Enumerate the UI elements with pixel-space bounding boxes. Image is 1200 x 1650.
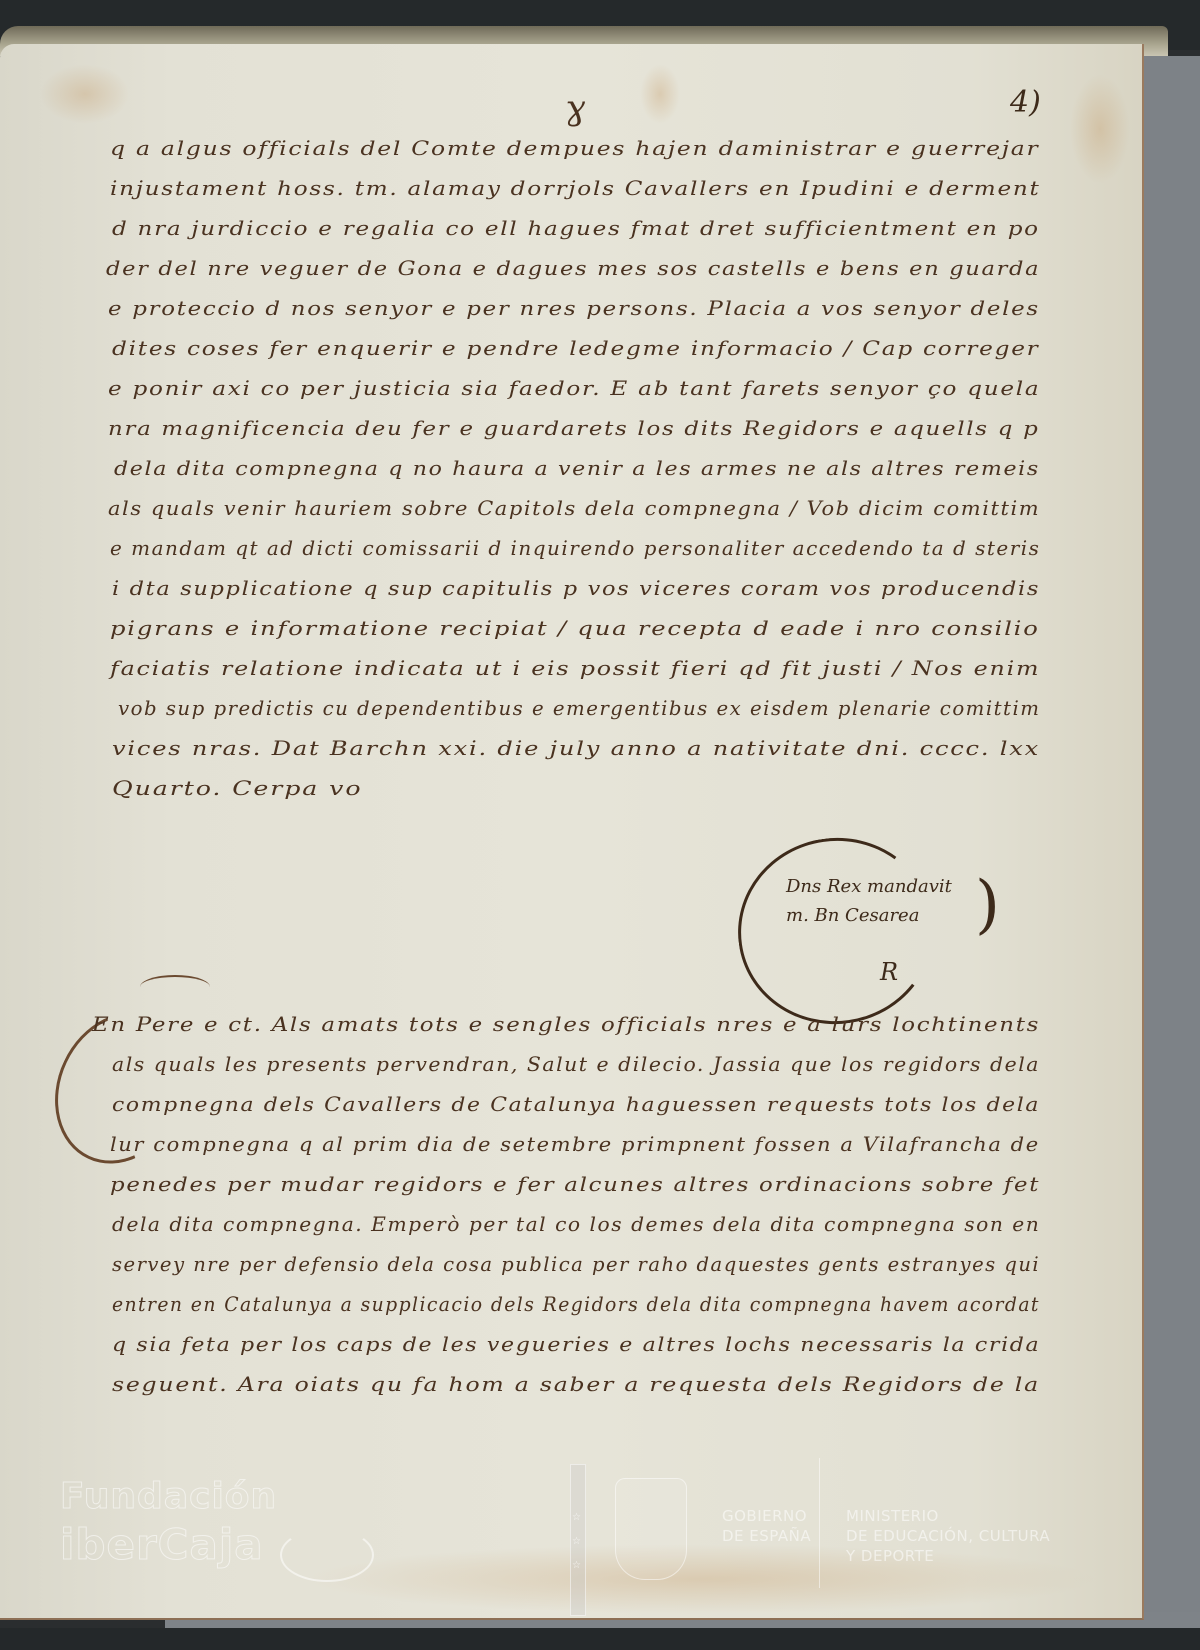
manuscript-line: e proteccio d nos senyor e per nres pers… <box>108 296 1040 320</box>
watermark-ibercaja: iberCaja <box>60 1520 264 1569</box>
coat-of-arms-icon <box>615 1478 687 1580</box>
star-icon: ☆ <box>572 1512 581 1523</box>
manuscript-line: q sia feta per los caps de les vegueries… <box>112 1332 1040 1356</box>
watermark-gobierno-line-2: DE ESPAÑA <box>722 1526 811 1546</box>
folio-number: 4) <box>1010 85 1041 120</box>
manuscript-line: der del nre veguer de Gona e dagues mes … <box>106 256 1040 280</box>
manuscript-line: Quarto. Cerpa vo <box>112 776 362 800</box>
manuscript-line: vices nras. Dat Barchn xxi. die july ann… <box>112 736 1040 760</box>
watermark-ministerio-line-2: DE EDUCACIÓN, CULTURA <box>846 1526 1050 1546</box>
watermark-ministerio-line-3: Y DEPORTE <box>846 1546 934 1566</box>
star-icon: ☆ <box>572 1536 581 1547</box>
manuscript-line: dela dita compnegna q no haura a venir a… <box>114 456 1040 480</box>
foxing-stain <box>640 64 680 124</box>
watermark-ministerio-line-1: MINISTERIO <box>846 1506 939 1526</box>
watermark-gobierno-line-1: GOBIERNO <box>722 1506 807 1526</box>
manuscript-line: lur compnegna q al prim dia de setembre … <box>110 1132 1040 1156</box>
initial-flourish <box>140 975 210 999</box>
manuscript-line: q a algus officials del Comte dempues ha… <box>110 136 1039 160</box>
signature-line-1: Dns Rex mandavit <box>786 876 952 897</box>
manuscript-line: i dta supplicatione q sup capitulis p vo… <box>112 576 1040 600</box>
manuscript-line: injustament hoss. tm. alamay dorrjols Ca… <box>110 176 1040 200</box>
manuscript-line: vob sup predictis cu dependentibus e eme… <box>118 696 1040 720</box>
star-icon: ☆ <box>572 1560 581 1571</box>
watermark-fundacion: Fundación <box>60 1476 277 1517</box>
signature-mark: R <box>880 958 898 986</box>
manuscript-line: En Pere e ct. Als amats tots e sengles o… <box>92 1012 1040 1036</box>
manuscript-line: als quals venir hauriem sobre Capitols d… <box>108 496 1040 520</box>
manuscript-line: dites coses fer enquerir e pendre ledegm… <box>112 336 1040 360</box>
manuscript-line: nra magnificencia deu fer e guardarets l… <box>108 416 1039 440</box>
foxing-stain <box>1070 74 1130 184</box>
watermark-divider <box>819 1458 820 1588</box>
manuscript-line: dela dita compnegna. Emperò per tal co l… <box>112 1212 1040 1236</box>
manuscript-line: compnegna dels Cavallers de Catalunya ha… <box>112 1092 1040 1116</box>
foxing-stain <box>300 1544 1100 1614</box>
manuscript-line: seguent. Ara oiats qu fa hom a saber a r… <box>112 1372 1040 1396</box>
gray-backing-board-right <box>1142 56 1200 1650</box>
manuscript-line: d nra jurdiccio e regalia co ell hagues … <box>112 216 1040 240</box>
manuscript-line: servey nre per defensio dela cosa public… <box>112 1252 1040 1276</box>
dark-background-bottom <box>0 1628 1200 1650</box>
manuscript-line: entren en Catalunya a supplicacio dels R… <box>112 1292 1040 1316</box>
manuscript-line: pigrans e informatione recipiat / qua re… <box>110 616 1040 640</box>
signature-bracket: ) <box>975 868 1000 942</box>
foxing-stain <box>40 64 130 124</box>
manuscript-line: penedes per mudar regidors e fer alcunes… <box>110 1172 1040 1196</box>
signature-line-2: m. Bn Cesarea <box>786 905 919 926</box>
manuscript-line: e ponir axi co per justicia sia faedor. … <box>108 376 1040 400</box>
ibercaja-logo-icon <box>280 1528 374 1582</box>
marginal-mark: ɣ <box>565 88 585 128</box>
manuscript-line: e mandam qt ad dicti comissarii d inquir… <box>110 536 1040 560</box>
manuscript-line: als quals les presents pervendran, Salut… <box>112 1052 1040 1076</box>
manuscript-line: faciatis relatione indicata ut i eis pos… <box>110 656 1040 680</box>
